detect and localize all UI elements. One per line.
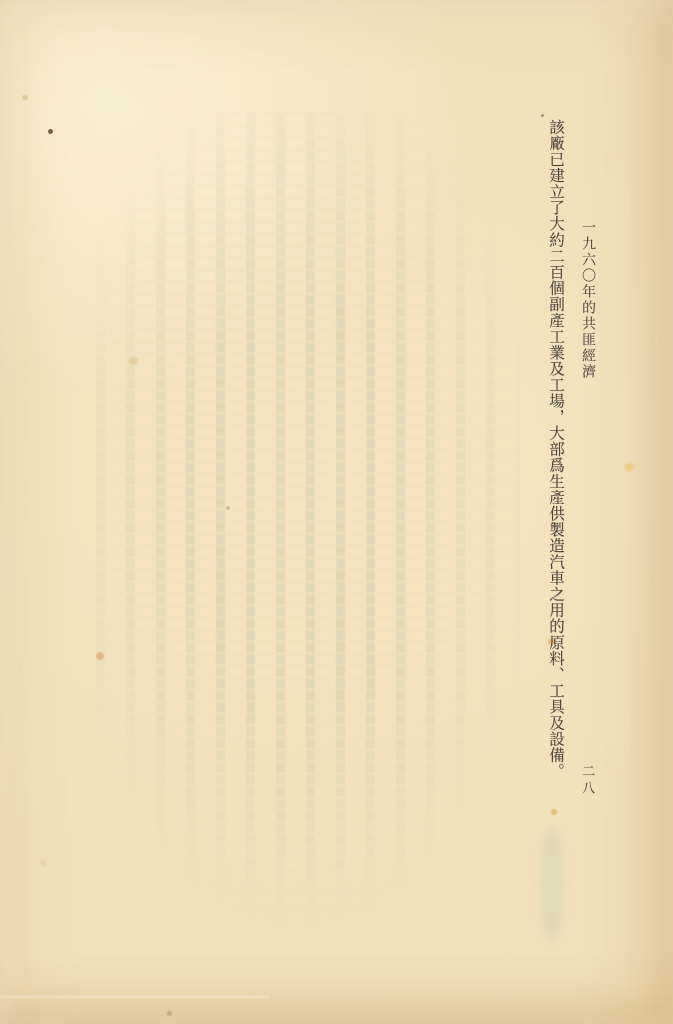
bleed-through-texture (96, 112, 520, 964)
foxing-spot (167, 1011, 172, 1016)
foxing-spot (226, 506, 230, 510)
scanned-book-page: 該廠已建立了大約二百個副產工業及工場，大部爲生產供製造汽車之用的原料、工具及設備… (0, 0, 673, 1024)
foxing-spot (48, 129, 53, 134)
bleed-through-smudge (540, 828, 564, 940)
foxing-spot (541, 114, 544, 117)
scan-artifact-line (0, 996, 270, 998)
foxing-spot (96, 652, 104, 660)
running-head: 一九六〇年的共匪經濟 (577, 220, 597, 390)
foxing-spot (40, 860, 47, 866)
foxing-spot (129, 357, 138, 365)
body-text-column: 該廠已建立了大約二百個副產工業及工場，大部爲生產供製造汽車之用的原料、工具及設備… (544, 119, 566, 819)
foxing-spot (625, 463, 634, 471)
page-number: 二八 (578, 764, 597, 808)
foxing-spot (22, 95, 28, 100)
